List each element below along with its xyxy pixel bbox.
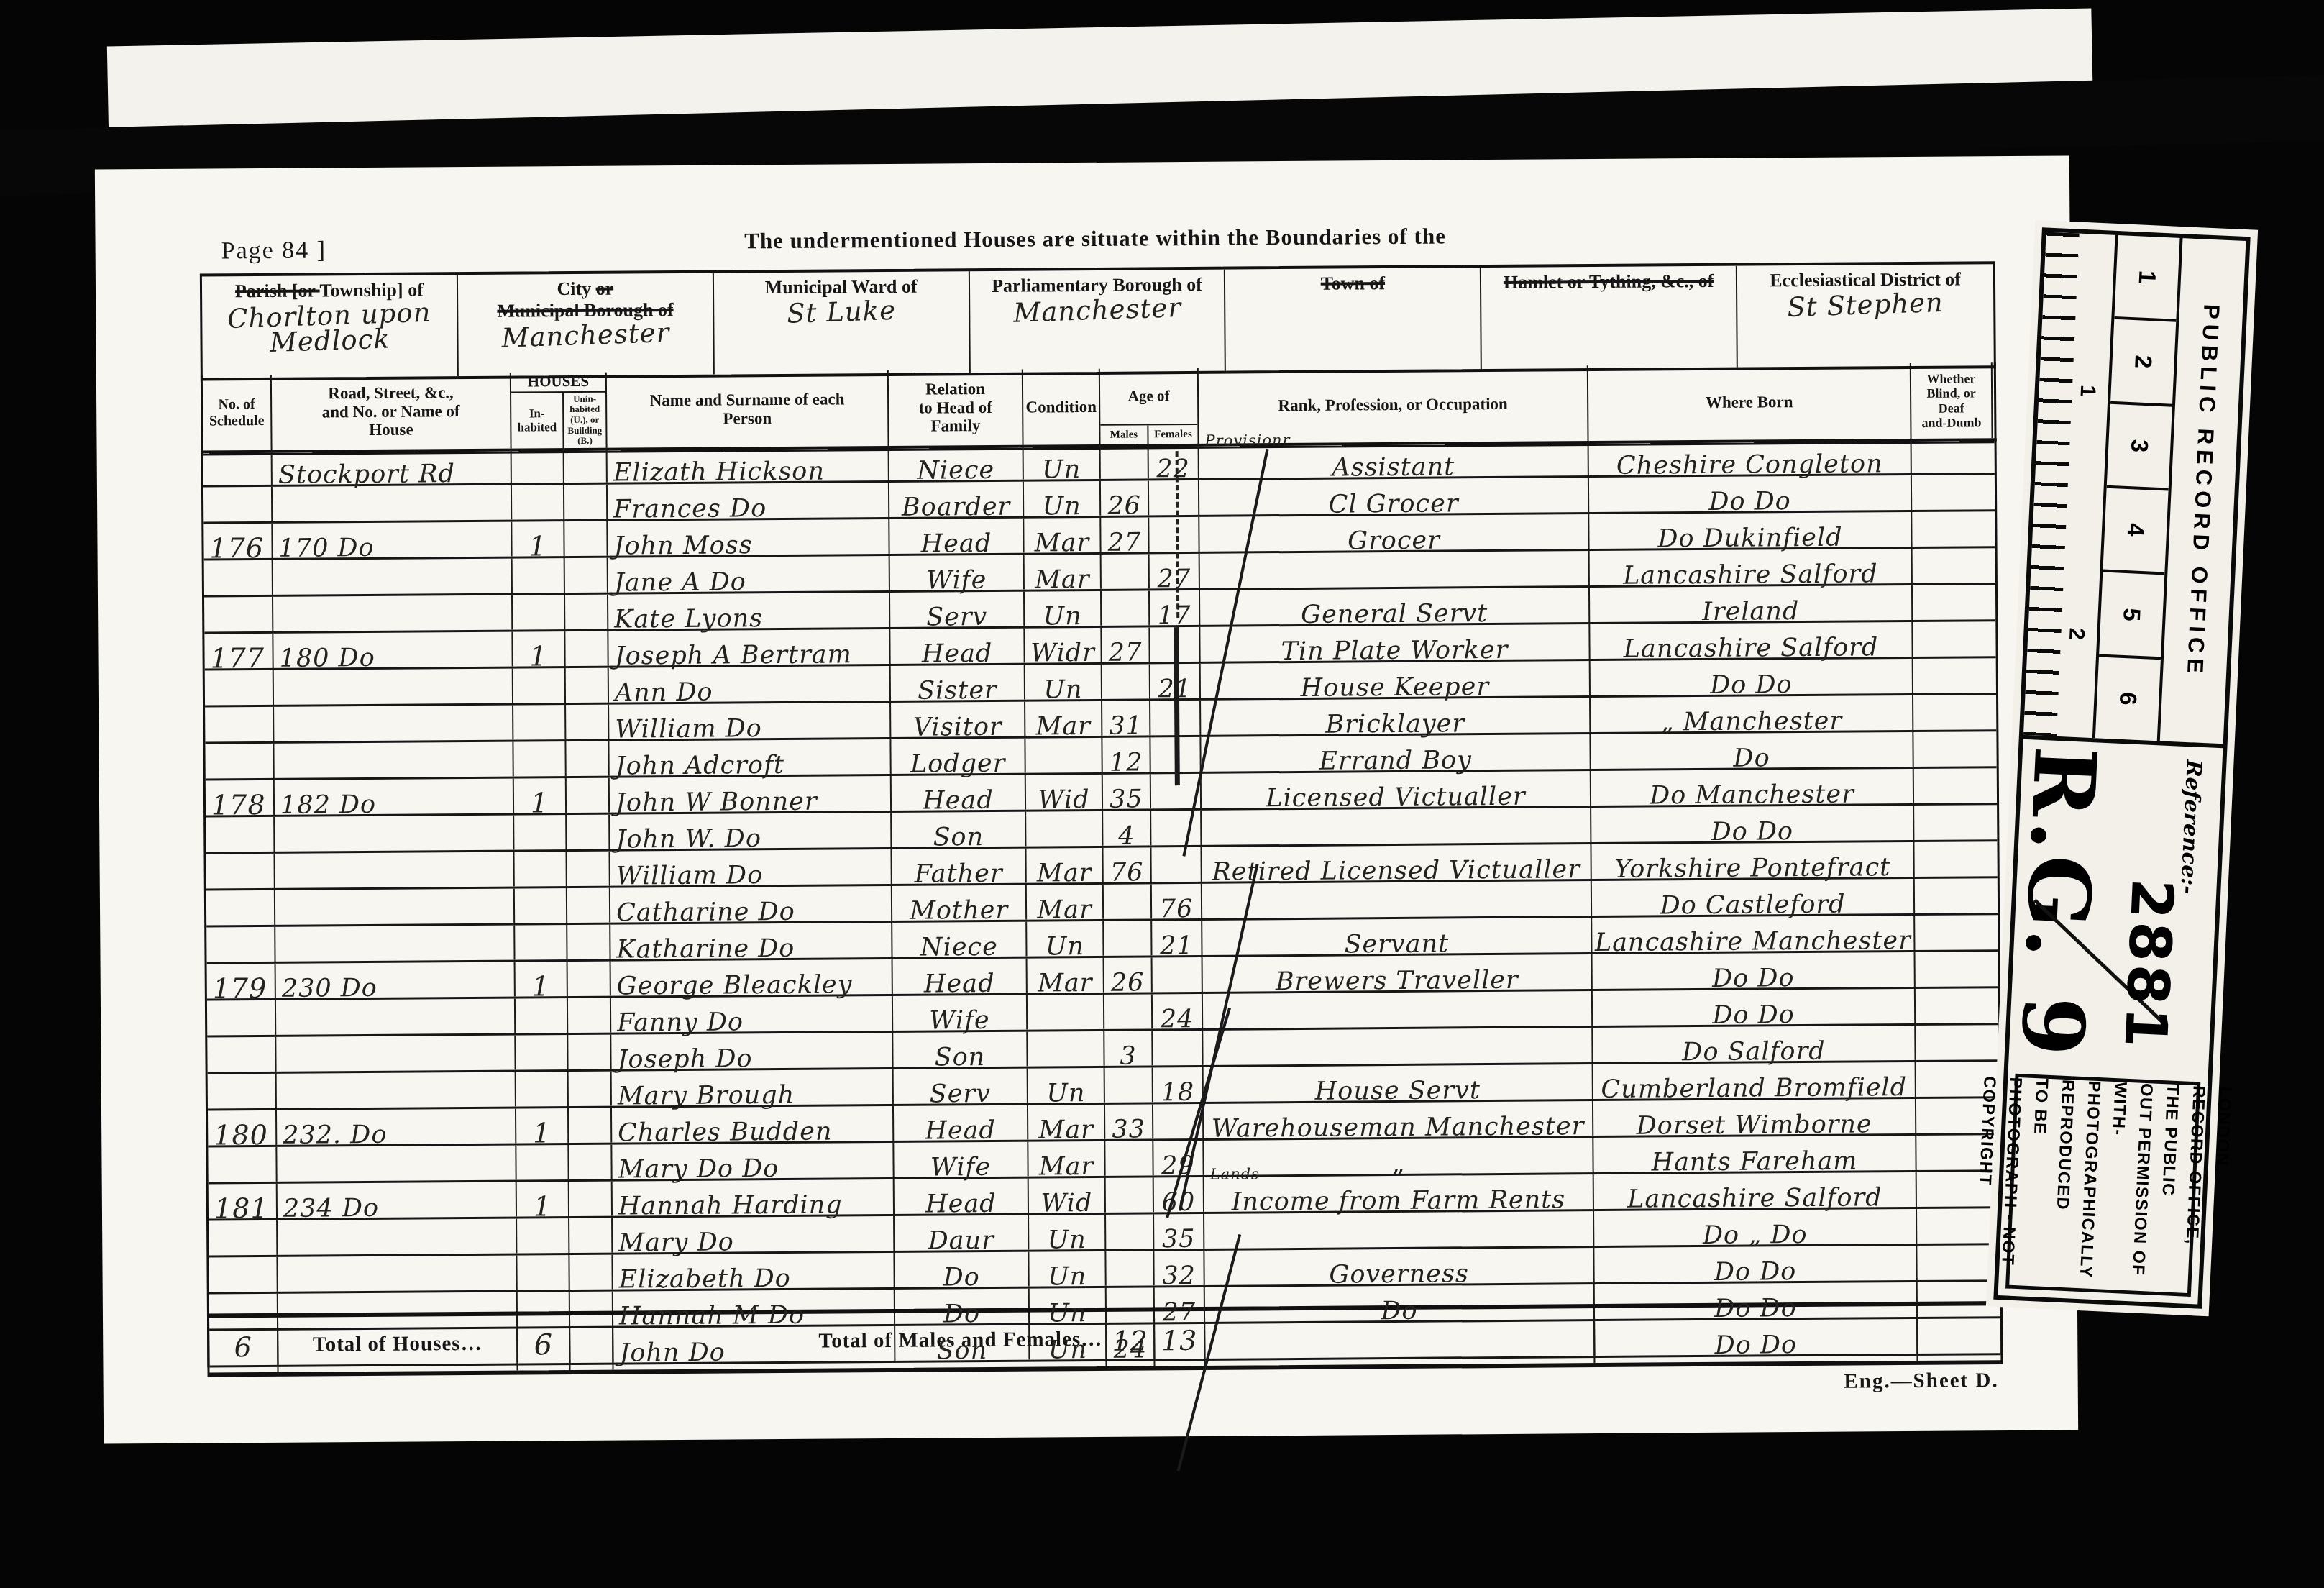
cell-female	[1153, 1031, 1203, 1065]
cell-occupation: Bricklayer	[1201, 698, 1591, 735]
cell-uninh	[566, 741, 609, 776]
ruler-inch-1: 1	[2074, 385, 2100, 398]
cell-condition: Wid	[1026, 775, 1103, 810]
cell-born: Do Salford	[1593, 1026, 1916, 1062]
cell-inhabited: 1	[512, 521, 564, 557]
handwritten-road: 234 Do	[283, 1196, 379, 1222]
cell-male	[1106, 1214, 1154, 1249]
cell-condition: Mar	[1028, 958, 1104, 993]
cell-name: Ann Do	[609, 666, 891, 703]
col-header-uninhabited: Unin- habited (U.), or Building (B.)	[564, 392, 606, 448]
handwritten-female: 27	[1157, 567, 1191, 592]
boundary-field-value: St Luke	[713, 295, 969, 329]
cell-schedule	[205, 744, 274, 779]
handwritten-male: 27	[1109, 640, 1143, 665]
cell-relation: Head	[895, 1179, 1029, 1214]
cell-schedule	[208, 1074, 277, 1109]
occupation-note: Lands	[1210, 1167, 1260, 1182]
cell-occupation: House Servt	[1204, 1064, 1593, 1102]
handwritten-condition: Wid	[1038, 788, 1089, 813]
cell-uninh	[567, 925, 610, 959]
handwritten-female: 18	[1161, 1080, 1194, 1105]
handwritten-relation: Head	[923, 788, 994, 814]
handwritten-inhabited: 1	[529, 532, 546, 560]
handwritten-relation: Do	[943, 1265, 979, 1290]
handwritten-name: Mary Do	[618, 1230, 734, 1256]
handwritten-condition: Mar	[1038, 1118, 1094, 1144]
cell-uninh	[569, 1145, 612, 1179]
cell-schedule	[208, 1147, 277, 1182]
handwritten-born: Dorset Wimborne	[1637, 1112, 1872, 1138]
handwritten-inhabited: 1	[531, 789, 549, 816]
cell-born: Dorset Wimborne	[1593, 1099, 1916, 1136]
census-rows: Stockport RdElizath HicksonNieceUn22Assi…	[201, 438, 2003, 1367]
cell-relation: Head	[894, 1105, 1028, 1141]
handwritten-born: Do Do	[1711, 819, 1794, 845]
cell-male: 26	[1104, 957, 1153, 992]
cell-relation: Serv	[890, 592, 1025, 627]
cell-occupation: Errand Boy	[1201, 734, 1591, 772]
cell-male: 26	[1101, 480, 1149, 515]
handwritten-occupation: Tin Plate Worker	[1281, 638, 1509, 665]
cell-road	[273, 559, 513, 595]
cell-schedule	[205, 707, 274, 742]
cell-name: Fanny Do	[611, 996, 893, 1033]
handwritten-condition: Widr	[1030, 641, 1095, 667]
handwritten-relation: Lodger	[910, 752, 1006, 777]
totals-spacer-4	[1918, 1305, 2000, 1361]
cell-condition: Mar	[1025, 555, 1102, 590]
cell-blind	[1913, 621, 1994, 657]
handwritten-condition: Un	[1048, 1338, 1087, 1363]
cell-female	[1151, 811, 1202, 845]
cell-uninh	[567, 852, 610, 886]
handwritten-relation: Do	[943, 1302, 980, 1327]
cell-inhabited	[516, 998, 568, 1033]
col-header-relation: Relation to Head of Family	[889, 370, 1024, 446]
handwritten-born: Do	[1733, 746, 1770, 771]
handwritten-born: Do Do	[1714, 1296, 1797, 1322]
handwritten-road: 232. Do	[283, 1123, 387, 1149]
cell-road	[274, 742, 513, 778]
cell-condition: Un	[1025, 591, 1102, 626]
cell-road	[278, 1219, 517, 1255]
handwritten-relation: Father	[915, 862, 1003, 887]
cell-schedule	[209, 1257, 278, 1292]
handwritten-name: Hannah M Do	[619, 1303, 805, 1330]
cell-road	[275, 816, 514, 852]
handwritten-name: Joseph A Bertram	[614, 642, 852, 669]
handwritten-female: 21	[1160, 934, 1194, 959]
cell-inhabited	[514, 852, 567, 887]
cell-male: 31	[1102, 701, 1150, 735]
boundary-field-value: Manchester	[458, 319, 713, 352]
boundary-field-label: Ecclesiastical District of	[1737, 268, 1993, 291]
cell-road: 234 Do	[278, 1182, 517, 1218]
cell-blind	[1916, 952, 1997, 987]
cell-name: George Bleackley	[611, 959, 893, 996]
cell-relation: Visitor	[891, 702, 1025, 737]
col-header-schedule: No. of Schedule	[203, 375, 273, 451]
handwritten-born: Lancashire Salford	[1624, 635, 1879, 662]
cell-relation: Niece	[889, 445, 1024, 480]
cell-uninh	[568, 962, 611, 996]
cell-occupation: Retired Licensed Victualler	[1202, 844, 1591, 882]
handwritten-male: 33	[1112, 1117, 1145, 1142]
handwritten-condition: Mar	[1037, 861, 1092, 887]
handwritten-occupation: Servant	[1344, 931, 1449, 957]
cell-inhabited: 1	[517, 1182, 569, 1217]
handwritten-schedule: 176	[209, 534, 264, 562]
cell-inhabited	[515, 888, 567, 923]
handwritten-born: Do Dukinfield	[1657, 526, 1843, 552]
handwritten-name: Katharine Do	[616, 936, 795, 963]
cell-condition: Un	[1025, 665, 1102, 700]
boundary-header-band: Parish [or Township] ofChorlton upon Med…	[200, 261, 1996, 380]
col-header-condition: Condition	[1023, 369, 1101, 445]
cell-born: Do Manchester	[1591, 769, 1914, 806]
cell-name: William Do	[610, 849, 892, 886]
handwritten-name: William Do	[616, 863, 764, 889]
cell-occupation: Servant	[1202, 918, 1592, 955]
handwritten-born: Do „ Do	[1703, 1223, 1808, 1249]
col-header-houses: HOUSES In- habited Unin- habited (U.), o…	[511, 373, 608, 449]
cell-condition: Mar	[1025, 701, 1102, 736]
cell-occupation: Warehouseman Manchester	[1204, 1101, 1593, 1138]
handwritten-relation: Son	[936, 1338, 987, 1364]
cell-condition: Mar	[1027, 885, 1104, 920]
pro-card-frame: 1 2 123456 PUBLIC RECORD OFFICE Referenc…	[1993, 227, 2250, 1309]
handwritten-male: 27	[1108, 530, 1142, 555]
cell-female: 35	[1154, 1214, 1204, 1249]
cell-male	[1102, 590, 1150, 625]
cell-blind	[1912, 438, 1993, 473]
handwritten-occupation: Income from Farm Rents	[1231, 1187, 1565, 1215]
handwritten-road: 182 Do	[280, 793, 376, 818]
cell-born: Do Do	[1591, 659, 1913, 695]
handwritten-name: Jane A Do	[614, 570, 746, 595]
cell-occupation: „	[1204, 1138, 1593, 1175]
cell-blind	[1913, 658, 1995, 693]
handwritten-born: Do Castleford	[1660, 893, 1845, 919]
handwritten-condition: Mar	[1035, 531, 1090, 557]
cell-relation: Niece	[892, 922, 1027, 957]
cell-road	[276, 1036, 516, 1072]
cell-blind	[1916, 988, 1997, 1023]
cell-male	[1104, 994, 1153, 1028]
cell-road: 230 Do	[276, 962, 516, 998]
cell-inhabited	[516, 1035, 568, 1070]
handwritten-condition: Un	[1046, 1081, 1085, 1106]
cell-road	[277, 1072, 516, 1108]
cell-inhabited: 1	[514, 778, 567, 813]
cell-condition: Un	[1024, 444, 1101, 480]
cell-schedule	[206, 817, 275, 852]
cell-blind	[1913, 695, 1995, 730]
cell-blind	[1915, 878, 1996, 913]
cell-schedule: 176	[203, 524, 273, 559]
handwritten-occupation: House Keeper	[1301, 675, 1490, 701]
cell-blind	[1914, 805, 1995, 840]
cell-inhabited: 1	[513, 631, 565, 667]
cell-female: 22	[1149, 444, 1199, 478]
col-header-name: Name and Surname of each Person	[607, 370, 889, 448]
cell-relation: Lodger	[891, 739, 1025, 774]
handwritten-female: 24	[1161, 1007, 1194, 1032]
cell-road	[275, 926, 515, 962]
handwritten-name: Ann Do	[615, 680, 713, 706]
cell-occupation	[1203, 1028, 1593, 1065]
handwritten-occupation: Licensed Victualler	[1266, 785, 1526, 812]
handwritten-occupation: „	[1391, 1152, 1405, 1177]
cell-blind	[1912, 511, 1993, 547]
handwritten-male: 12	[1110, 750, 1143, 775]
handwritten-schedule: 180	[214, 1121, 268, 1149]
cell-name: Jane A Do	[608, 556, 890, 593]
piece-number: 2881	[2115, 877, 2181, 1051]
handwritten-born: Do Do	[1712, 966, 1795, 992]
cell-relation: Head	[892, 775, 1026, 811]
cell-female: 17	[1150, 590, 1200, 625]
cell-condition: Mar	[1028, 1141, 1105, 1177]
cell-born: Do Do	[1591, 806, 1914, 842]
cell-uninh	[567, 888, 610, 923]
handwritten-relation: Sister	[918, 678, 997, 704]
cell-schedule	[207, 1037, 276, 1072]
cell-born: Cumberland Bromfield	[1593, 1062, 1916, 1099]
handwritten-relation: Wife	[930, 1155, 991, 1181]
census-sheet: Page 84 ] The undermentioned Houses are …	[95, 155, 2078, 1443]
cell-blind	[1915, 915, 1996, 950]
cell-relation: Wife	[894, 1142, 1028, 1177]
cell-inhabited	[517, 1218, 569, 1254]
cell-occupation	[1202, 881, 1592, 918]
cell-occupation: Licensed Victualler	[1202, 771, 1591, 808]
cell-road: 180 Do	[273, 632, 513, 668]
cell-male: 27	[1101, 517, 1149, 552]
cell-schedule	[203, 487, 273, 522]
totals-spacer-1	[570, 1315, 614, 1370]
cell-condition	[1028, 995, 1104, 1030]
cell-blind	[1912, 475, 1993, 510]
cell-name: Katharine Do	[610, 923, 892, 959]
cell-occupation: Governess	[1204, 1248, 1594, 1285]
cell-occupation: Tin Plate Worker	[1200, 624, 1590, 662]
cell-name: Elizath Hickson	[608, 446, 889, 483]
handwritten-occupation: Do	[1381, 1299, 1417, 1324]
cell-male: 12	[1102, 737, 1150, 772]
handwritten-born: Cumberland Bromfield	[1601, 1075, 1907, 1103]
cell-born: Lancashire Salford	[1590, 549, 1913, 585]
cell-inhabited	[512, 448, 564, 483]
handwritten-relation: Niece	[917, 458, 994, 484]
tally-stroke-dashed	[1176, 451, 1183, 618]
cell-relation: Do	[895, 1252, 1029, 1287]
handwritten-condition: Un	[1046, 934, 1084, 959]
copyright-text: COPYRIGHT PHOTOGRAPH - NOT TO BE REPRODU…	[1967, 1075, 2238, 1295]
cell-inhabited	[517, 1255, 569, 1290]
handwritten-name: Catharine Do	[616, 900, 795, 926]
cell-relation: Son	[893, 1032, 1028, 1067]
handwritten-occupation: Cl Grocer	[1329, 491, 1459, 517]
handwritten-born: Lancashire Manchester	[1595, 928, 1911, 956]
cell-male	[1104, 884, 1152, 918]
cell-road	[277, 1146, 516, 1182]
handwritten-condition: Un	[1048, 1301, 1086, 1326]
cell-condition: Mar	[1028, 1105, 1105, 1140]
cell-uninh	[566, 705, 609, 739]
col-header-males: Males	[1100, 425, 1148, 444]
handwritten-name: John W. Do	[616, 826, 761, 852]
cell-blind	[1913, 731, 1995, 767]
cell-born: Cheshire Congleton	[1589, 439, 1912, 475]
cell-road	[274, 669, 513, 705]
ruler-inch-2: 2	[2064, 627, 2089, 640]
cell-relation: Son	[892, 812, 1026, 847]
cell-male	[1104, 921, 1152, 955]
handwritten-condition: Un	[1048, 1228, 1086, 1253]
cell-road	[273, 595, 513, 631]
cell-born: Do Dukinfield	[1589, 512, 1912, 549]
handwritten-male: 35	[1110, 787, 1143, 812]
handwritten-condition: Mar	[1038, 971, 1093, 997]
handwritten-condition: Un	[1043, 494, 1081, 519]
handwritten-name: George Bleackley	[617, 972, 853, 999]
cell-schedule	[206, 890, 275, 926]
boundary-field-2: Municipal Ward ofSt Luke	[714, 271, 971, 374]
cell-male	[1105, 1067, 1153, 1102]
handwritten-female: 17	[1158, 603, 1191, 629]
cell-relation: Father	[892, 849, 1026, 884]
handwritten-inhabited: 1	[529, 642, 547, 670]
cell-male	[1106, 1177, 1154, 1212]
cell-schedule	[207, 1000, 276, 1036]
handwritten-occupation: General Servt	[1301, 601, 1488, 628]
handwritten-male: 4	[1118, 824, 1135, 849]
handwritten-name: Mary Do Do	[618, 1156, 779, 1183]
cell-name: Joseph Do	[611, 1033, 893, 1069]
boundary-field-value: Manchester	[969, 293, 1225, 327]
cell-road	[278, 1256, 517, 1292]
handwritten-occupation: Warehouseman Manchester	[1212, 1114, 1585, 1142]
handwritten-name: John W Bonner	[616, 790, 818, 816]
cell-female: 18	[1153, 1067, 1204, 1102]
handwritten-name: Elizath Hickson	[613, 460, 825, 486]
boundary-field-3: Parliamentary Borough ofManchester	[969, 270, 1226, 373]
cell-inhabited	[515, 925, 567, 960]
col-header-blind: Whether Blind, or Deaf and-Dumb	[1911, 362, 1993, 439]
copyright-box: COPYRIGHT PHOTOGRAPH - NOT TO BE REPRODU…	[2005, 1074, 2200, 1297]
handwritten-name: Mary Brough	[618, 1083, 795, 1110]
handwritten-name: Fanny Do	[617, 1010, 744, 1036]
handwritten-condition: Wid	[1040, 1191, 1092, 1217]
cell-condition	[1026, 811, 1103, 847]
handwritten-born: Yorkshire Pontefract	[1614, 855, 1890, 882]
cell-occupation: General Servt	[1200, 588, 1590, 625]
cell-name: Mary Do Do	[612, 1143, 894, 1179]
handwritten-road: 170 Do	[278, 536, 374, 562]
cell-inhabited: 1	[516, 962, 568, 997]
series-number: R.G. 9	[2009, 745, 2108, 1062]
handwritten-condition: Mar	[1035, 567, 1090, 593]
handwritten-occupation: Assistant	[1332, 455, 1455, 480]
handwritten-relation: Serv	[926, 605, 987, 631]
ruler-cell-3: 3	[2107, 403, 2172, 490]
ruler-cell-1: 1	[2114, 235, 2179, 322]
cell-uninh	[564, 521, 608, 556]
cell-occupation	[1204, 1211, 1594, 1249]
boundary-field-label: Municipal Ward of	[714, 275, 969, 298]
cell-uninh	[564, 448, 608, 483]
ruler-cell-2: 2	[2110, 319, 2176, 406]
cell-schedule: 181	[209, 1184, 278, 1219]
handwritten-inhabited: 1	[533, 1119, 551, 1146]
reference-label: Reference:-	[2176, 759, 2206, 895]
cell-occupation: Brewers Traveller	[1203, 954, 1593, 992]
cell-condition: Mar	[1024, 518, 1101, 553]
handwritten-schedule: 177	[210, 644, 265, 672]
page-title: The undermentioned Houses are situate wi…	[199, 219, 1990, 257]
cell-name: Kate Lyons	[608, 593, 890, 629]
cell-relation: Wife	[890, 555, 1025, 590]
pro-ruler-section: 1 2 123456 PUBLIC RECORD OFFICE	[2023, 232, 2246, 748]
handwritten-born: Do Manchester	[1650, 782, 1854, 809]
cell-name: Hannah Harding	[613, 1179, 895, 1216]
cell-road	[275, 852, 514, 888]
handwritten-female: 76	[1160, 897, 1194, 922]
handwritten-relation: Wife	[929, 1008, 989, 1034]
cell-condition: Un	[1029, 1251, 1106, 1287]
cell-name: William Do	[609, 703, 891, 739]
cell-relation: Serv	[894, 1069, 1028, 1104]
cell-relation: Boarder	[889, 482, 1024, 517]
handwritten-road: 230 Do	[282, 976, 378, 1002]
cell-road: 170 Do	[273, 522, 512, 558]
cell-schedule	[206, 854, 275, 889]
boundary-field-value: Chorlton upon Medlock	[201, 298, 457, 357]
cell-name: John W. Do	[610, 813, 892, 849]
cell-name: Mary Do	[613, 1216, 895, 1253]
cell-name: Frances Do	[608, 483, 889, 519]
handwritten-male: 26	[1107, 493, 1141, 519]
handwritten-male: 31	[1109, 713, 1143, 739]
handwritten-relation: Wife	[926, 568, 987, 594]
cell-inhabited	[514, 815, 567, 850]
cell-uninh	[568, 998, 611, 1033]
cell-inhabited	[513, 595, 565, 630]
cell-born: Do Do	[1593, 989, 1916, 1026]
handwritten-inhabited: 1	[532, 972, 550, 1000]
cell-male	[1102, 554, 1150, 588]
cell-female: 27	[1150, 554, 1200, 588]
cell-schedule	[204, 560, 273, 595]
cell-name: Charles Budden	[612, 1106, 894, 1143]
cell-condition: Mar	[1026, 848, 1103, 883]
handwritten-occupation: Errand Boy	[1319, 748, 1472, 774]
cell-inhabited	[512, 485, 564, 520]
handwritten-relation: Niece	[920, 935, 998, 961]
cell-name: Elizabeth Do	[613, 1253, 895, 1290]
cell-schedule: 177	[204, 634, 273, 669]
cell-schedule	[206, 927, 275, 962]
handwritten-relation: Head	[925, 1118, 996, 1144]
handwritten-male: 26	[1111, 970, 1145, 995]
cell-schedule	[203, 450, 273, 485]
boundary-field-5: Hamlet or Tything, &c., of	[1481, 266, 1738, 369]
handwritten-born: Do Do	[1708, 489, 1791, 515]
handwritten-occupation: Retired Licensed Victualler	[1212, 857, 1580, 885]
cell-blind	[1914, 768, 1995, 803]
